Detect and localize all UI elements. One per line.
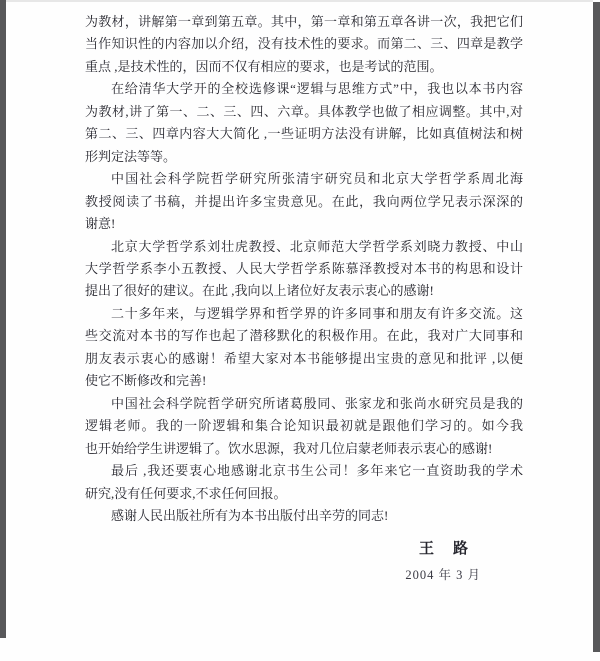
text-line: 使它不断修改和完善! [85,370,523,392]
scan-edge-right [593,2,600,652]
author-signature: 王 路 [85,538,523,560]
date-line: 2004 年 3 月 [85,564,523,586]
scan-edge-top [6,0,593,2]
body-text: 为教材，讲解第一章到第五章。其中，第一章和第五章各讲一次，我把它们 当作知识性的… [85,11,523,586]
text-line: 大学哲学系李小五教授、人民大学哲学系陈慕泽教授对本书的构思和设计 [85,258,523,280]
text-line: 为教材,讲了第一、二、三、四、六章。具体教学也做了相应调整。其中,对 [85,101,523,123]
text-line: 谢意! [85,213,523,235]
text-line: 最后 ,我还要衷心地感谢北京书生公司！多年来它一直资助我的学术 [85,460,523,482]
text-line: 重点 ,是技术性的，因而不仅有相应的要求，也是考试的范围。 [85,56,523,78]
text-line: 也开始给学生讲逻辑了。饮水思源，我对几位启蒙老师表示衷心的感谢! [85,438,523,460]
text-line: 中国社会科学院哲学研究所张清宇研究员和北京大学哲学系周北海 [85,168,523,190]
scan-edge-left [0,0,6,638]
text-line: 逻辑老师。我的一阶逻辑和集合论知识最初就是跟他们学习的。如今我 [85,415,523,437]
text-line: 二十多年来，与逻辑学界和哲学界的许多同事和朋友有许多交流。这 [85,303,523,325]
text-line: 北京大学哲学系刘壮虎教授、北京师范大学哲学系刘晓力教授、中山 [85,236,523,258]
text-line: 第二、三、四章内容大大简化 ,一些证明方法没有讲解，比如真值树法和树 [85,123,523,145]
text-line: 中国社会科学院哲学研究所诸葛殷同、张家龙和张尚水研究员是我的 [85,393,523,415]
text-line: 形判定法等等。 [85,146,523,168]
text-line: 朋友表示衷心的感谢！希望大家对本书能够提出宝贵的意见和批评 ,以便 [85,348,523,370]
text-line: 在给清华大学开的全校选修课“逻辑与思维方式”中，我也以本书内容 [85,78,523,100]
text-line: 当作知识性的内容加以介绍，没有技术性的要求。而第二、三、四章是教学 [85,33,523,55]
text-line: 提出了很好的建议。在此 ,我向以上诸位好友表示衷心的感谢! [85,280,523,302]
document-page: 为教材，讲解第一章到第五章。其中，第一章和第五章各讲一次，我把它们 当作知识性的… [0,0,600,661]
text-line: 些交流对本书的写作也起了潜移默化的积极作用。在此，我对广大同事和 [85,325,523,347]
text-line: 感谢人民出版社所有为本书出版付出辛劳的同志! [85,505,523,527]
text-line: 为教材，讲解第一章到第五章。其中，第一章和第五章各讲一次，我把它们 [85,11,523,33]
text-line: 研究,没有任何要求,不求任何回报。 [85,483,523,505]
text-line: 教授阅读了书稿，并提出许多宝贵意见。在此，我向两位学兄表示深深的 [85,191,523,213]
